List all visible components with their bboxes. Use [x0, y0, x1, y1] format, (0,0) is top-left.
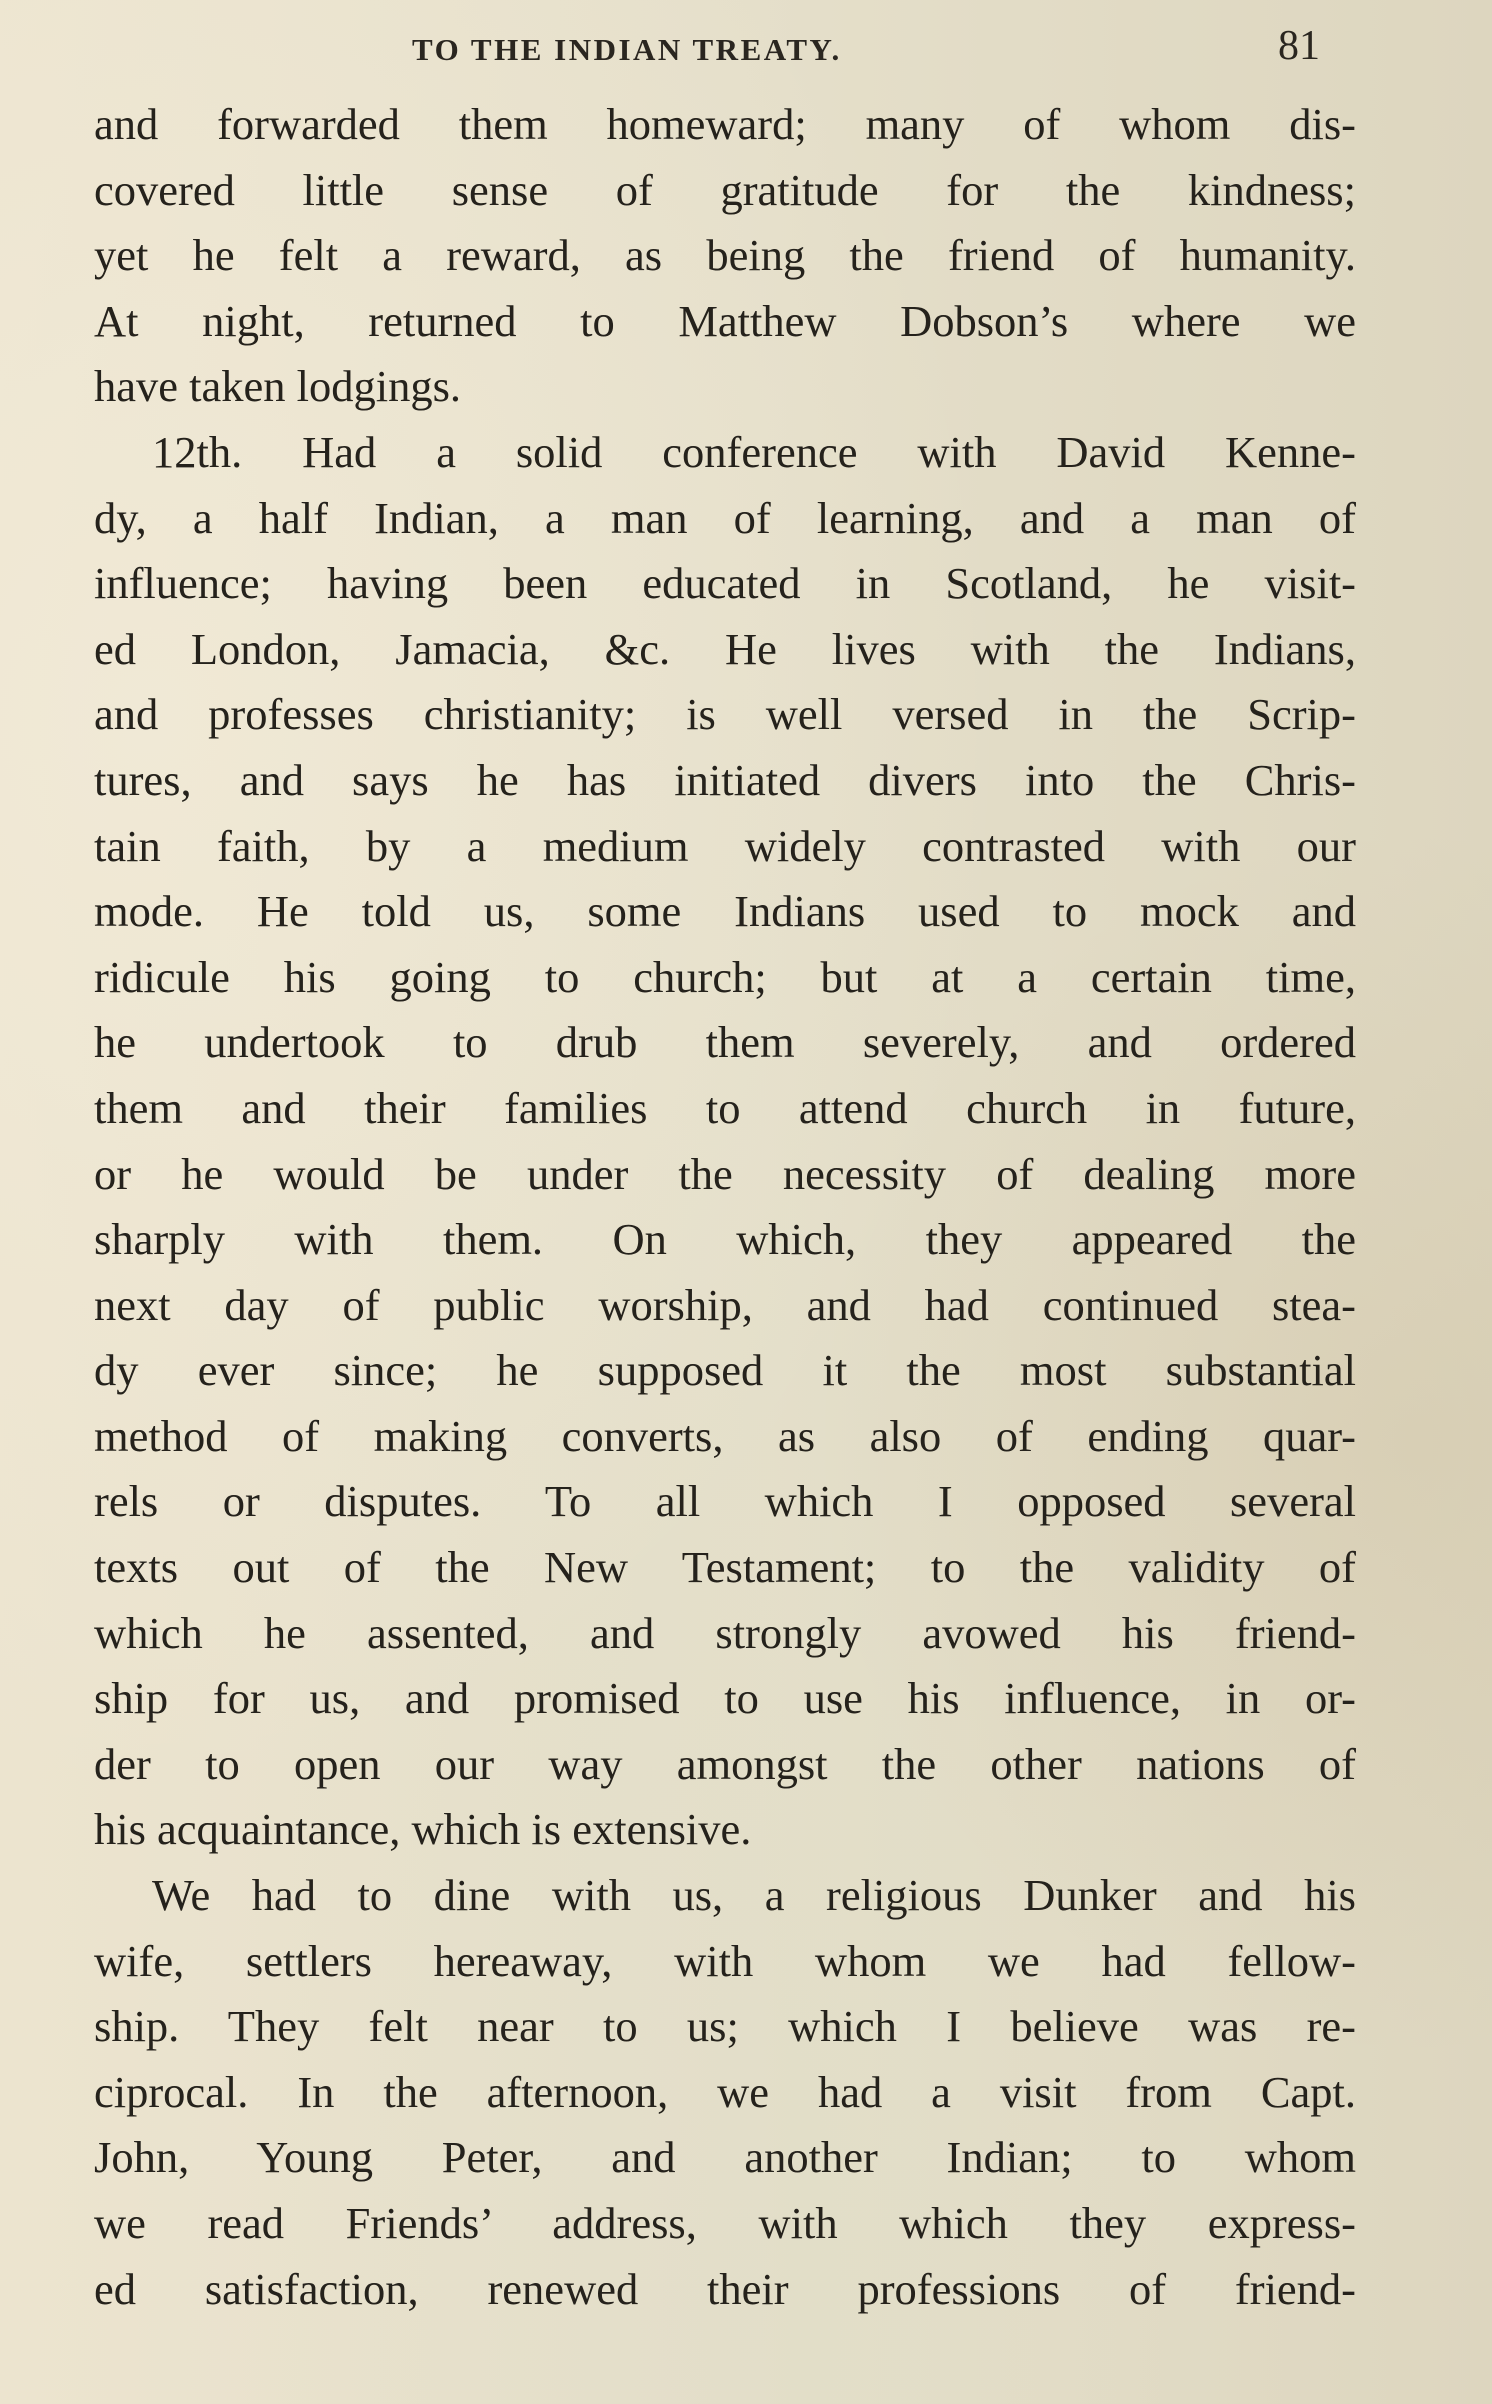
running-head: TO THE INDIAN TREATY. 81: [0, 28, 1492, 78]
text-line: yet he felt a reward, as being the frien…: [94, 223, 1356, 289]
text-line: tures, and says he has initiated divers …: [94, 748, 1356, 814]
text-line: We had to dine with us, a religious Dunk…: [94, 1863, 1356, 1929]
text-line: influence; having been educated in Scotl…: [94, 551, 1356, 617]
text-line: or he would be under the necessity of de…: [94, 1142, 1356, 1208]
text-line: John, Young Peter, and another Indian; t…: [94, 2125, 1356, 2191]
text-line: and forwarded them homeward; many of who…: [94, 92, 1356, 158]
paragraph-1: and forwarded them homeward; many of who…: [94, 92, 1356, 420]
text-line: we read Friends’ address, with which the…: [94, 2191, 1356, 2257]
paragraph-2: 12th. Had a solid conference with David …: [94, 420, 1356, 1863]
text-line: and professes christianity; is well vers…: [94, 682, 1356, 748]
text-line: next day of public worship, and had cont…: [94, 1273, 1356, 1339]
text-line: have taken lodgings.: [94, 354, 1356, 420]
text-line: 12th. Had a solid conference with David …: [94, 420, 1356, 486]
text-line: dy ever since; he supposed it the most s…: [94, 1338, 1356, 1404]
text-line: rels or disputes. To all which I opposed…: [94, 1469, 1356, 1535]
text-line: ship for us, and promised to use his inf…: [94, 1666, 1356, 1732]
book-page: TO THE INDIAN TREATY. 81 and forwarded t…: [0, 0, 1492, 2404]
text-line: ed satisfaction, renewed their professio…: [94, 2257, 1356, 2323]
text-line: der to open our way amongst the other na…: [94, 1732, 1356, 1798]
text-line: texts out of the New Testament; to the v…: [94, 1535, 1356, 1601]
text-line: ed London, Jamacia, &c. He lives with th…: [94, 617, 1356, 683]
running-head-title: TO THE INDIAN TREATY.: [412, 32, 842, 68]
text-line: ciprocal. In the afternoon, we had a vis…: [94, 2060, 1356, 2126]
text-line: he undertook to drub them severely, and …: [94, 1010, 1356, 1076]
text-line: his acquaintance, which is extensive.: [94, 1797, 1356, 1863]
text-line: method of making converts, as also of en…: [94, 1404, 1356, 1470]
text-line: tain faith, by a medium widely contraste…: [94, 814, 1356, 880]
text-line: dy, a half Indian, a man of learning, an…: [94, 486, 1356, 552]
text-line: sharply with them. On which, they appear…: [94, 1207, 1356, 1273]
text-line: wife, settlers hereaway, with whom we ha…: [94, 1929, 1356, 1995]
text-line: covered little sense of gratitude for th…: [94, 158, 1356, 224]
text-line: ridicule his going to church; but at a c…: [94, 945, 1356, 1011]
paragraph-3: We had to dine with us, a religious Dunk…: [94, 1863, 1356, 2322]
text-line: which he assented, and strongly avowed h…: [94, 1601, 1356, 1667]
text-line: ship. They felt near to us; which I beli…: [94, 1994, 1356, 2060]
text-line: them and their families to attend church…: [94, 1076, 1356, 1142]
page-number: 81: [1278, 22, 1320, 70]
body-text: and forwarded them homeward; many of who…: [94, 92, 1356, 2322]
text-line: At night, returned to Matthew Dobson’s w…: [94, 289, 1356, 355]
text-line: mode. He told us, some Indians used to m…: [94, 879, 1356, 945]
